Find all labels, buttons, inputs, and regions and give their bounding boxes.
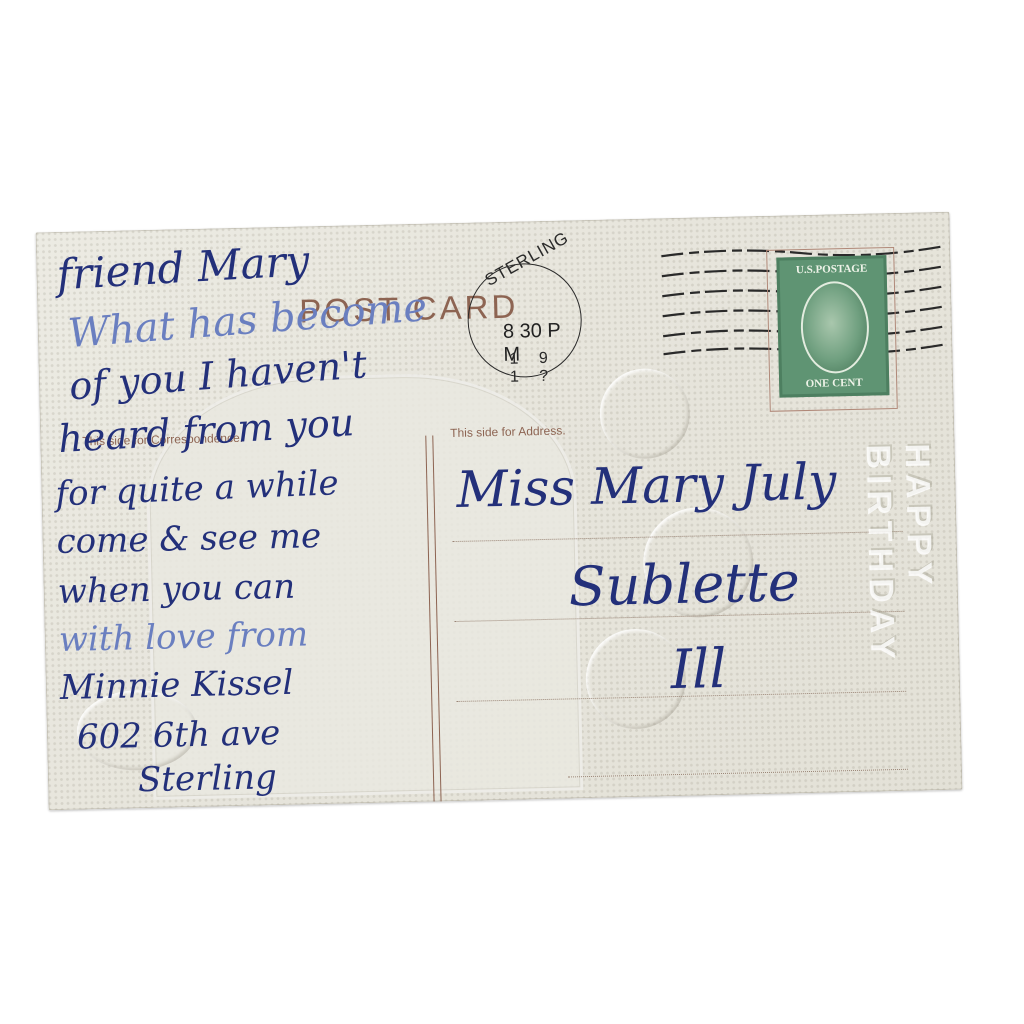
message-line: friend Mary: [55, 236, 310, 299]
embossed-greeting: HAPPY BIRTHDAY: [859, 442, 945, 792]
postmark: STERLING 8 30 P M 1 9 1 ?: [466, 262, 583, 379]
postmark-year: 1 9 1 ?: [509, 349, 582, 387]
message-line: 602 6th ave: [77, 713, 281, 758]
address-label: This side for Address.: [450, 423, 566, 440]
franklin-portrait-icon: [800, 281, 870, 375]
postcard: POST CARD This side for Correspondence. …: [36, 212, 963, 811]
postage-stamp: U.S.POSTAGE ONE CENT: [776, 255, 889, 397]
message-line: come & see me: [56, 516, 321, 562]
message-line: Minnie Kissel: [59, 663, 293, 708]
address-line: [568, 769, 908, 778]
stamp-bottom-text: ONE CENT: [782, 376, 886, 390]
message-line: Sterling: [138, 757, 278, 800]
address-state: Ill: [670, 637, 727, 701]
message-line: with love from: [58, 614, 308, 660]
address-name: Miss Mary July: [456, 452, 837, 519]
stamp-top-text: U.S.POSTAGE: [779, 262, 883, 276]
message-line: when you can: [57, 567, 295, 612]
address-town: Sublette: [568, 550, 800, 618]
embossed-flower: [599, 368, 691, 460]
postmark-town: STERLING: [482, 228, 573, 291]
